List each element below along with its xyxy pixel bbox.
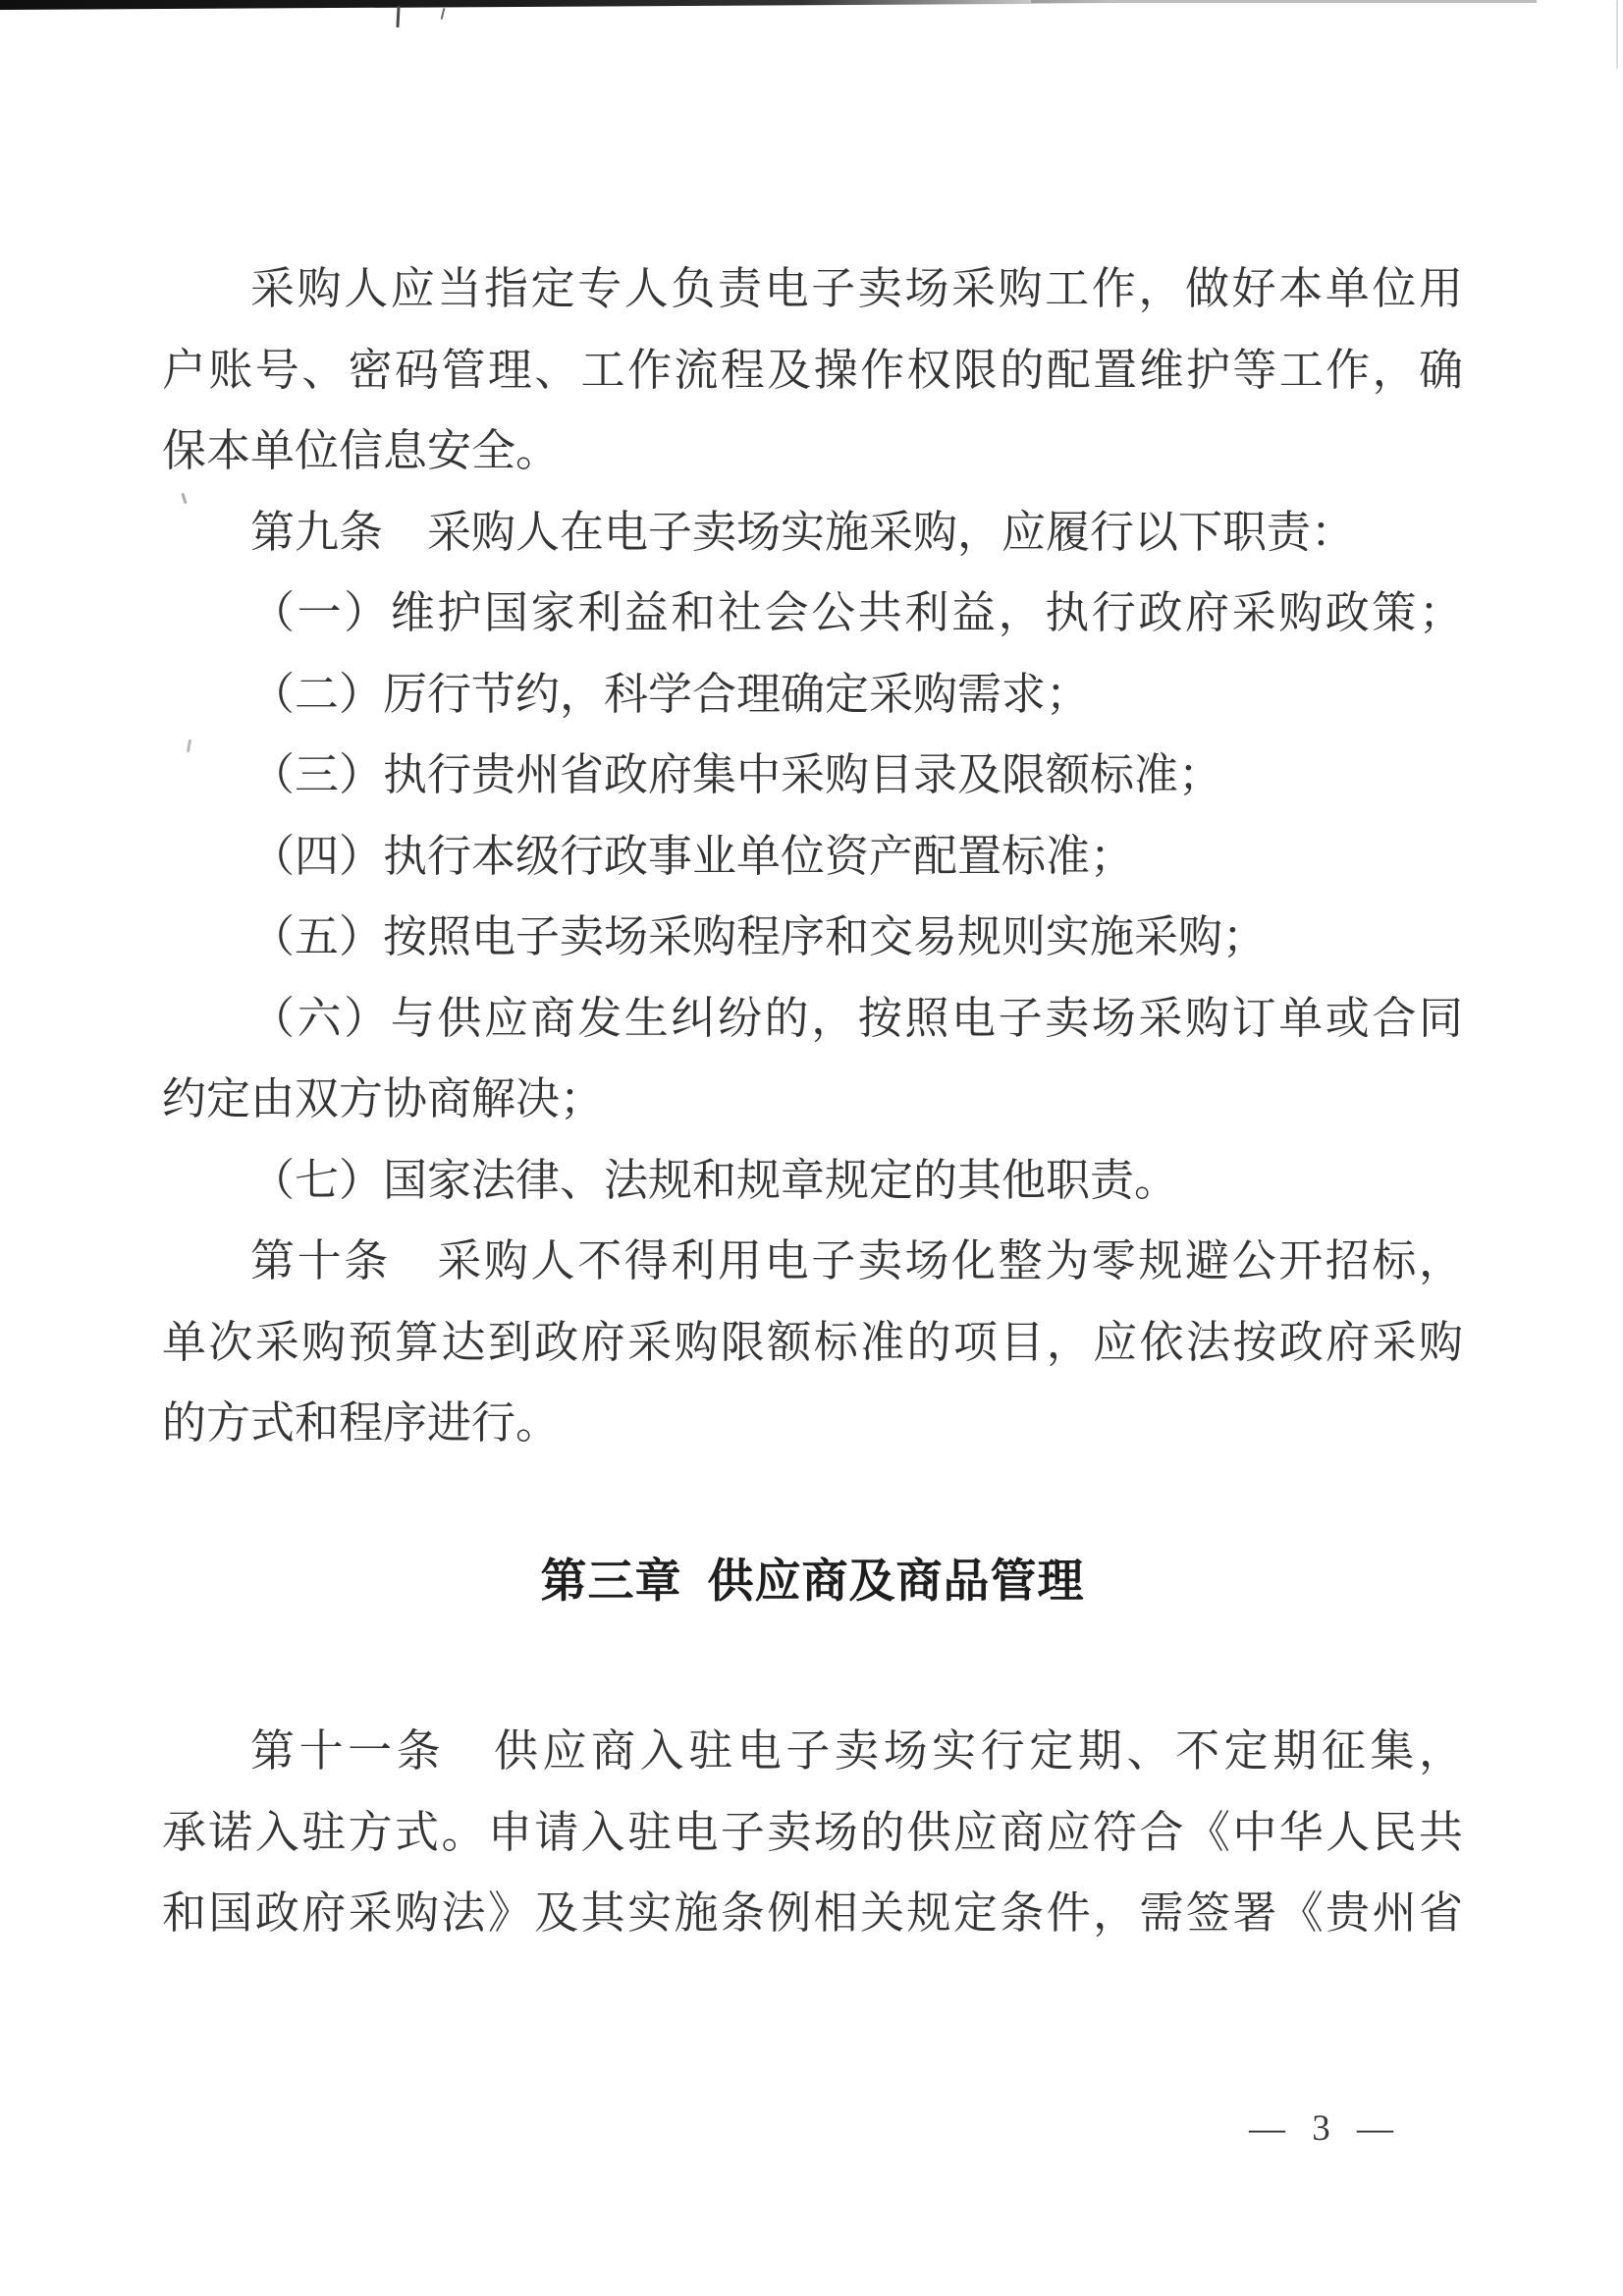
body-line: （五）按照电子卖场采购程序和交易规则实施采购；: [162, 897, 1463, 978]
body-line: 和国政府采购法》及其实施条例相关规定条件，需签署《贵州省: [162, 1873, 1463, 1954]
scan-edge-artifact: [0, 0, 1114, 10]
body-line: 的方式和程序进行。: [162, 1383, 1463, 1464]
scan-artifact: [441, 8, 446, 20]
body-line: 承诺入驻方式。申请入驻电子卖场的供应商应符合《中华人民共: [162, 1792, 1463, 1874]
scan-artifact: [396, 6, 400, 27]
body-line: 户账号、密码管理、工作流程及操作权限的配置维护等工作，确: [162, 330, 1463, 411]
body-line: 第十一条 供应商入驻电子卖场实行定期、不定期征集，: [162, 1711, 1463, 1792]
scan-edge-artifact: [1031, 0, 1537, 3]
body-line: （六）与供应商发生纠纷的，按照电子卖场采购订单或合同: [162, 978, 1463, 1060]
document-page: 采购人应当指定专人负责电子卖场采购工作，做好本单位用户账号、密码管理、工作流程及…: [0, 0, 1623, 2296]
body-line: （四）执行本级行政事业单位资产配置标准；: [162, 816, 1463, 898]
body-line: 单次采购预算达到政府采购限额标准的项目，应依法按政府采购: [162, 1302, 1463, 1384]
body-line: （一）维护国家利益和社会公共利益，执行政府采购政策；: [162, 573, 1463, 654]
scan-artifact: [1616, 0, 1618, 69]
document-body: 采购人应当指定专人负责电子卖场采购工作，做好本单位用户账号、密码管理、工作流程及…: [162, 248, 1463, 1954]
body-line: （三）执行贵州省政府集中采购目录及限额标准；: [162, 735, 1463, 816]
body-line: （二）厉行节约，科学合理确定采购需求；: [162, 654, 1463, 736]
body-line: 第十条 采购人不得利用电子卖场化整为零规避公开招标，: [162, 1221, 1463, 1302]
body-line: 采购人应当指定专人负责电子卖场采购工作，做好本单位用: [162, 248, 1463, 330]
chapter-heading: 第三章 供应商及商品管理: [162, 1541, 1463, 1622]
body-line: 保本单位信息安全。: [162, 410, 1463, 492]
body-line: 约定由双方协商解决；: [162, 1059, 1463, 1140]
page-number: — 3 —: [1249, 2107, 1402, 2150]
body-line: 第九条 采购人在电子卖场实施采购，应履行以下职责：: [162, 492, 1463, 574]
body-line: （七）国家法律、法规和规章规定的其他职责。: [162, 1140, 1463, 1222]
